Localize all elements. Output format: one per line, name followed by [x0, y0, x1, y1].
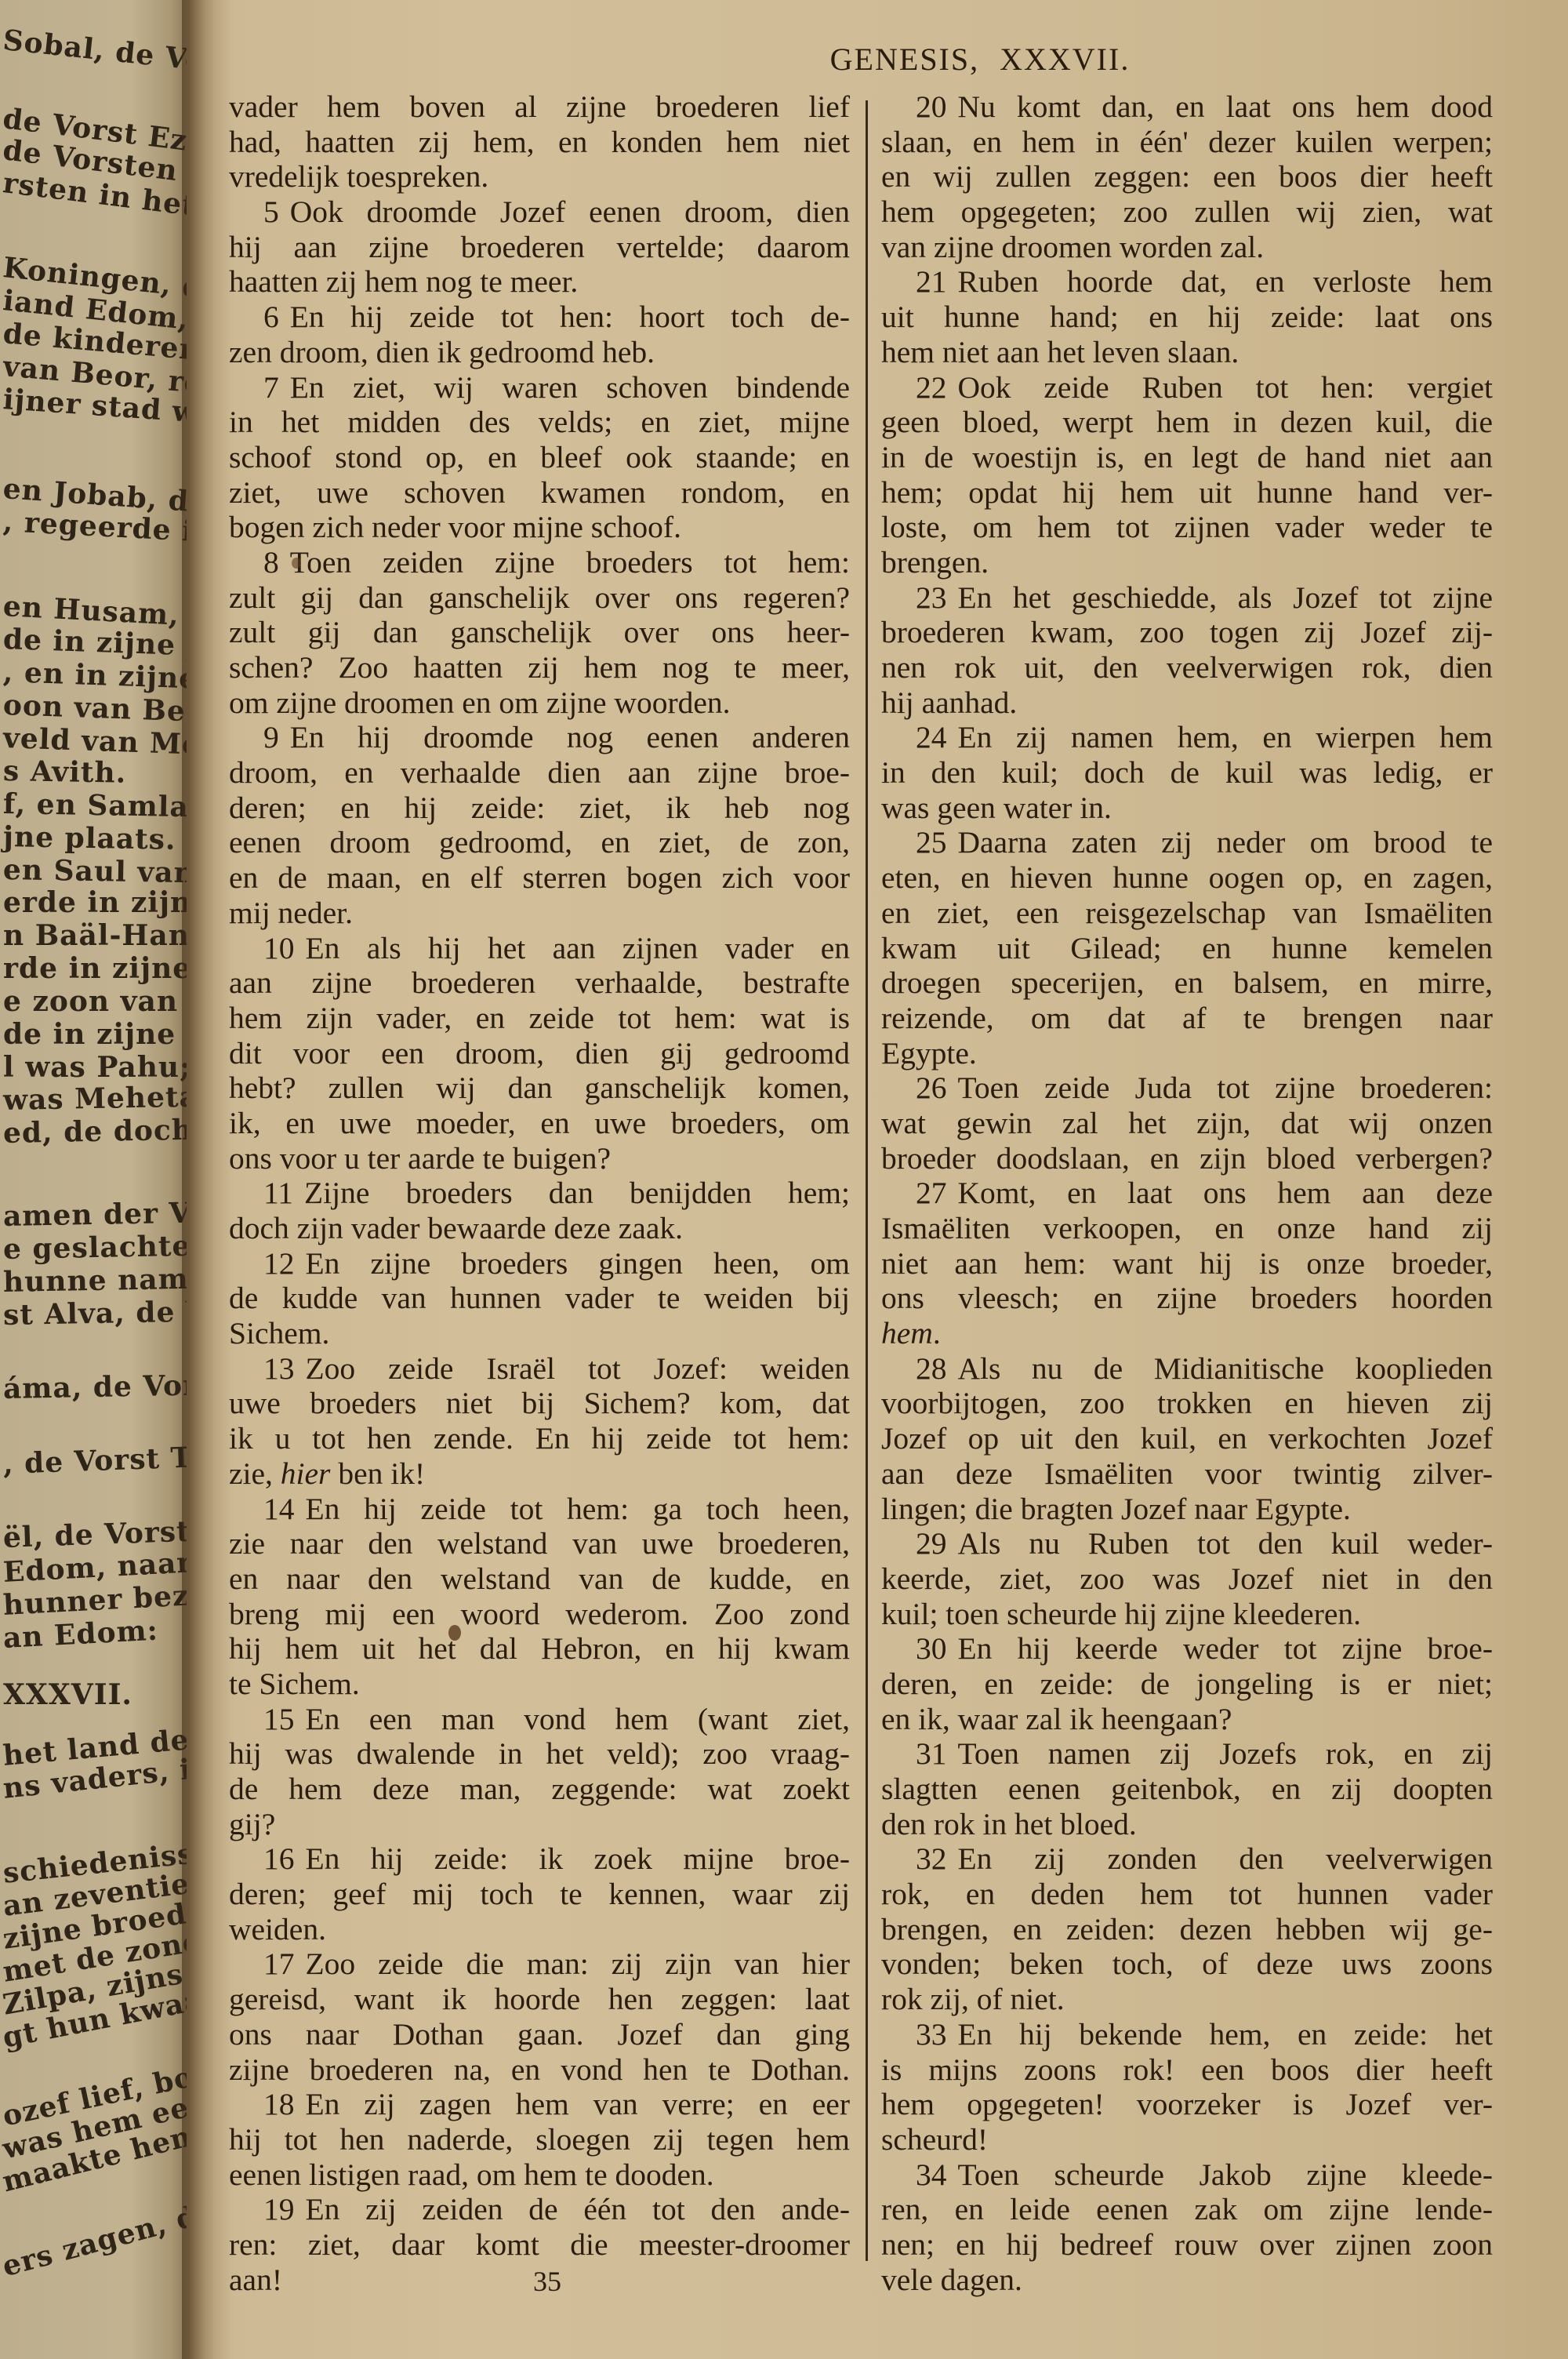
verse-number: 18	[263, 2087, 295, 2121]
line-text: scheurd!	[881, 2122, 988, 2157]
line-text: vredelijk toespreken.	[229, 159, 488, 194]
verse-start-line: 17Zoo zeide die man: zij zijn van hier	[229, 1946, 850, 1982]
line-text: Sichem.	[229, 1316, 329, 1350]
verse-number: 30	[916, 1631, 947, 1666]
verse-number: 26	[916, 1070, 947, 1105]
verse-number: 15	[263, 1702, 295, 1736]
line-text: gij?	[229, 1807, 275, 1841]
text-line: vele dagen.	[881, 2263, 1493, 2298]
verse-number: 29	[916, 1526, 947, 1561]
text-line: uwe broeders niet bij Sichem? kom, dat	[229, 1386, 850, 1421]
text-line: scheurd!	[881, 2122, 1493, 2157]
line-text: En hij keerde weder tot zijne broe-	[958, 1631, 1494, 1666]
line-text: weiden.	[229, 1912, 326, 1946]
text-line: en naar den welstand van de kudde, en	[229, 1561, 850, 1597]
text-line: keerde, ziet, zoo was Jozef niet in den	[881, 1561, 1493, 1597]
line-text: hem opgegeten! voorzeker is Jozef ver-	[881, 2087, 1493, 2121]
text-line: dit voor een droom, dien gij gedroomd	[229, 1036, 850, 1071]
line-text: ons naar Dothan gaan. Jozef dan ging	[229, 2017, 850, 2052]
text-line: hem opgegeten! voorzeker is Jozef ver-	[881, 2087, 1493, 2122]
line-text: wat gewin zal het zijn, dat wij onzen	[881, 1106, 1493, 1140]
line-text: droom, en verhaalde dien aan zijne broe-	[229, 755, 850, 790]
verse-number: 28	[916, 1351, 947, 1386]
line-text: broederen kwam, zoo togen zij Jozef zij-	[881, 615, 1493, 649]
verse-number: 33	[916, 2017, 947, 2052]
text-line: hem opgegeten; zoo zullen wij zien, wat	[881, 194, 1493, 230]
line-text: Toen namen zij Jozefs rok, en zij	[958, 1736, 1494, 1771]
line-text: Daarna zaten zij neder om brood te	[958, 825, 1494, 860]
text-line: voorbijtogen, zoo trokken en hieven zij	[881, 1386, 1493, 1421]
verse-start-line: 14En hij zeide tot hem: ga toch heen,	[229, 1492, 850, 1527]
text-line: en wij zullen zeggen: een boos dier heef…	[881, 159, 1493, 194]
text-line: mij neder.	[229, 896, 850, 931]
verse-start-line: 26Toen zeide Juda tot zijne broederen:	[881, 1070, 1493, 1106]
verse-start-line: 15En een man vond hem (want ziet,	[229, 1702, 850, 1737]
text-line: rok zij, of niet.	[881, 1982, 1493, 2017]
line-text: zen droom, dien ik gedroomd heb.	[229, 335, 655, 369]
line-text: kwam uit Gilead; en hunne kemelen	[881, 931, 1493, 965]
line-text: Komt, en laat ons hem aan deze	[958, 1176, 1494, 1210]
left-page-line: amen der Vors	[3, 1196, 187, 1233]
text-line: Jozef op uit den kuil, en verkochten Joz…	[881, 1421, 1493, 1456]
text-line: broederen kwam, zoo togen zij Jozef zij-	[881, 615, 1493, 650]
line-text: En hij zeide tot hem: ga toch heen,	[306, 1492, 851, 1526]
line-text: brengen, en zeiden: dezen hebben wij ge-	[881, 1912, 1493, 1946]
line-text: En zij zonden den veelverwigen	[958, 1841, 1494, 1876]
verse-number: 25	[916, 825, 947, 860]
line-text-tail: ben ik!	[330, 1456, 425, 1491]
text-line: de kudde van hunnen vader te weiden bij	[229, 1281, 850, 1316]
text-line: te Sichem.	[229, 1667, 850, 1702]
line-text: hij was dwalende in het veld); zoo vraag…	[229, 1736, 850, 1771]
line-text: te Sichem.	[229, 1667, 360, 1701]
verse-number: 32	[916, 1841, 947, 1876]
verse-number: 8	[263, 545, 279, 580]
line-text: hem opgegeten; zoo zullen wij zien, wat	[881, 194, 1493, 229]
left-page-line: l was Pahu; en	[3, 1051, 187, 1084]
text-line: reizende, om dat af te brengen naar	[881, 1001, 1493, 1036]
italic-supplied-word: hem	[881, 1316, 933, 1350]
line-text: Als nu Ruben tot den kuil weder-	[958, 1526, 1494, 1561]
line-text: en de maan, en elf sterren bogen zich vo…	[229, 860, 850, 895]
text-line: droom, en verhaalde dien aan zijne broe-	[229, 755, 850, 791]
verse-number: 22	[916, 370, 947, 405]
line-text: niet aan hem: want hij is onze broeder,	[881, 1246, 1493, 1281]
text-line: in den kuil; doch de kuil was ledig, er	[881, 755, 1493, 791]
left-page-line: st Alva, de Vo	[3, 1295, 187, 1332]
text-line: hij aanhad.	[881, 685, 1493, 721]
line-text: Egypte.	[881, 1036, 977, 1070]
text-line: hem.	[881, 1316, 1493, 1351]
line-text: lingen; die bragten Jozef naar Egypte.	[881, 1492, 1351, 1526]
text-line: broeder doodslaan, en zijn bloed verberg…	[881, 1141, 1493, 1176]
text-line: eenen listigen raad, om hem te dooden.	[229, 2157, 850, 2193]
verse-number: 13	[263, 1351, 295, 1386]
line-text: En hij zeide tot hen: hoort toch de-	[290, 300, 850, 334]
verse-number: 21	[916, 264, 947, 299]
verse-start-line: 16En hij zeide: ik zoek mijne broe-	[229, 1841, 850, 1877]
verse-number: 23	[916, 580, 947, 615]
text-line: en ziet, een reisgezelschap van Ismaëlit…	[881, 896, 1493, 931]
text-line: zie, hier ben ik!	[229, 1456, 850, 1492]
left-page-line: e zoon van Achb	[3, 985, 187, 1018]
text-line: ons voor u ter aarde te buigen?	[229, 1141, 850, 1176]
verse-number: 19	[263, 2192, 295, 2226]
italic-supplied-word: hier	[281, 1456, 331, 1491]
line-text: haatten zij hem nog te meer.	[229, 264, 578, 299]
verse-start-line: 23En het geschiedde, als Jozef tot zijne	[881, 580, 1493, 616]
text-column-left: vader hem boven al zijne broederen liefh…	[229, 89, 850, 2297]
text-line: schoof stond op, en bleef ook staande; e…	[229, 440, 850, 475]
text-line: hij hem uit het dal Hebron, en hij kwam	[229, 1631, 850, 1667]
text-line: zult gij dan ganschelijk over ons heer-	[229, 615, 850, 650]
left-page-line: ed, de dochter v	[3, 1112, 187, 1150]
text-line: en de maan, en elf sterren bogen zich vo…	[229, 860, 850, 896]
text-line: nen rok uit, den veelverwigen rok, dien	[881, 650, 1493, 685]
text-line: van zijne droomen worden zal.	[881, 230, 1493, 265]
line-text: reizende, om dat af te brengen naar	[881, 1001, 1493, 1035]
line-text: breng mij een woord wederom. Zoo zond	[229, 1597, 850, 1631]
verse-start-line: 21Ruben hoorde dat, en verloste hem	[881, 264, 1493, 300]
verse-number: 5	[263, 194, 279, 229]
text-line: is mijns zoons rok! een boos dier heeft	[881, 2052, 1493, 2088]
left-page-line: e geslachten, na	[3, 1228, 187, 1266]
line-text: in de woestijn is, en legt de hand niet …	[881, 440, 1493, 474]
line-text: hij hem uit het dal Hebron, en hij kwam	[229, 1631, 850, 1666]
text-line: zijne broederen na, en vond hen te Dotha…	[229, 2052, 850, 2088]
text-line: ik u tot hen zende. En hij zeide tot hem…	[229, 1421, 850, 1456]
text-line: en ik, waar zal ik heengaan?	[881, 1702, 1493, 1737]
line-text: hem zijn vader, en zeide tot hem: wat is	[229, 1001, 850, 1035]
line-text: kuil; toen scheurde hij zijne kleederen.	[881, 1597, 1361, 1631]
text-line: Ismaëliten verkoopen, en onze hand zij	[881, 1211, 1493, 1246]
text-line: gij?	[229, 1807, 850, 1842]
verse-start-line: 22Ook zeide Ruben tot hen: vergiet	[881, 370, 1493, 405]
left-page-line: rde in zijne pla	[3, 952, 187, 985]
text-line: eenen droom gedroomd, en ziet, de zon,	[229, 825, 850, 860]
text-line: nen; en hij bedreef rouw over zijnen zoo…	[881, 2227, 1493, 2263]
text-line: hebt? zullen wij dan ganschelijk komen,	[229, 1070, 850, 1106]
line-text: gereisd, want ik hoorde hen zeggen: laat	[229, 1982, 850, 2016]
line-text: en ziet, een reisgezelschap van Ismaëlit…	[881, 896, 1493, 930]
line-text: is mijns zoons rok! een boos dier heeft	[881, 2052, 1493, 2087]
text-column-right: 20Nu komt dan, en laat ons hem doodslaan…	[881, 89, 1493, 2297]
text-line: vonden; beken toch, of deze uws zoons	[881, 1946, 1493, 1982]
line-text: Jozef op uit den kuil, en verkochten Joz…	[881, 1421, 1493, 1456]
text-line: hem; opdat hij hem uit hunne hand ver-	[881, 475, 1493, 511]
left-page-line: , de Vorst Tema	[2, 1439, 187, 1481]
line-text: mij neder.	[229, 896, 353, 930]
line-text: zult gij dan ganschelijk over ons regere…	[229, 580, 850, 615]
line-text: Toen zeide Juda tot zijne broederen:	[958, 1070, 1494, 1105]
text-line: gereisd, want ik hoorde hen zeggen: laat	[229, 1982, 850, 2017]
text-line: schen? Zoo haatten zij hem nog te meer,	[229, 650, 850, 685]
verse-start-line: 31Toen namen zij Jozefs rok, en zij	[881, 1736, 1493, 1772]
text-line: brengen.	[881, 545, 1493, 580]
line-text: om zijne droomen en om zijne woorden.	[229, 685, 731, 720]
line-text: En hij bekende hem, en zeide: het	[958, 2017, 1494, 2052]
verse-number: 10	[263, 931, 295, 965]
line-text: hem niet aan het leven slaan.	[881, 335, 1239, 369]
line-text: in den kuil; doch de kuil was ledig, er	[881, 755, 1493, 790]
verse-number: 6	[263, 300, 279, 334]
verse-start-line: 20Nu komt dan, en laat ons hem dood	[881, 89, 1493, 125]
verse-start-line: 32En zij zonden den veelverwigen	[881, 1841, 1493, 1877]
line-text: Zoo zeide die man: zij zijn van hier	[306, 1946, 851, 1981]
text-line: deren; geef mij toch te kennen, waar zij	[229, 1877, 850, 1912]
text-line: lingen; die bragten Jozef naar Egypte.	[881, 1492, 1493, 1527]
line-text: ren, en leide eenen zak om zijne lende-	[881, 2192, 1493, 2226]
line-text: schoof stond op, en bleef ook staande; e…	[229, 440, 850, 474]
page-number: 35	[533, 2265, 561, 2298]
verse-start-line: 25Daarna zaten zij neder om brood te	[881, 825, 1493, 860]
text-line: vredelijk toespreken.	[229, 159, 850, 194]
text-line: breng mij een woord wederom. Zoo zond	[229, 1597, 850, 1632]
left-page-line: ers zagen, dat h	[0, 2183, 187, 2283]
line-text: nen; en hij bedreef rouw over zijnen zoo…	[881, 2227, 1493, 2262]
line-text: ziet, uwe schoven kwamen rondom, en	[229, 475, 850, 510]
verse-start-line: 10En als hij het aan zijnen vader en	[229, 931, 850, 966]
line-text: de kudde van hunnen vader te weiden bij	[229, 1281, 850, 1315]
line-text: En als hij het aan zijnen vader en	[306, 931, 851, 965]
text-line: doch zijn vader bewaarde deze zaak.	[229, 1211, 850, 1246]
verse-number: 20	[916, 89, 947, 124]
line-text: geen bloed, werpt hem in dezen kuil, die	[881, 405, 1493, 439]
text-line: uit hunne hand; en hij zeide: laat ons	[881, 300, 1493, 335]
left-page-line: áma, de Vorst E	[3, 1368, 187, 1405]
text-line: niet aan hem: want hij is onze broeder,	[881, 1246, 1493, 1281]
text-line: droegen specerijen, en balsem, en mirre,	[881, 965, 1493, 1001]
text-line: hij tot hen naderde, sloegen zij tegen h…	[229, 2122, 850, 2157]
line-text: rok, en deden hem tot hunnen vader	[881, 1877, 1493, 1911]
line-text: hij aanhad.	[881, 685, 1017, 720]
text-line: zen droom, dien ik gedroomd heb.	[229, 335, 850, 370]
line-text: hij tot hen naderde, sloegen zij tegen h…	[229, 2122, 850, 2157]
left-page-line: hunne namen:	[3, 1262, 187, 1299]
verse-number: 12	[263, 1246, 295, 1281]
text-line: rok, en deden hem tot hunnen vader	[881, 1877, 1493, 1912]
book-spread: Sobal, de Vorst de Vorst Ezer,de Vorsten…	[0, 0, 1568, 2359]
line-text: den rok in het bloed.	[881, 1807, 1137, 1841]
text-line: om zijne droomen en om zijne woorden.	[229, 685, 850, 721]
running-head-chapter: XXXVII.	[1000, 41, 1130, 78]
left-page-line: jne plaats.	[3, 820, 176, 856]
line-text: Toen scheurde Jakob zijne kleede-	[958, 2157, 1494, 2192]
line-text: loste, om hem tot zijnen vader weder te	[881, 510, 1493, 544]
text-line: had, haatten zij hem, en konden hem niet	[229, 125, 850, 160]
line-text: doch zijn vader bewaarde deze zaak.	[229, 1211, 683, 1245]
line-text: ren: ziet, daar komt die meester-droomer	[229, 2227, 850, 2262]
verse-number: 14	[263, 1492, 295, 1526]
left-page-line: XXXVII.	[3, 1678, 132, 1711]
ink-stain	[292, 558, 301, 569]
text-line: Sichem.	[229, 1316, 850, 1351]
text-line: den rok in het bloed.	[881, 1807, 1493, 1842]
line-text: uwe broeders niet bij Sichem? kom, dat	[229, 1386, 850, 1420]
line-text: in het midden des velds; en ziet, mijne	[229, 405, 850, 439]
text-line: ons vleesch; en zijne broeders hoorden	[881, 1281, 1493, 1316]
column-divider	[866, 100, 868, 2261]
text-line: deren; en hij zeide: ziet, ik heb nog	[229, 791, 850, 826]
line-text: Als nu de Midianitische kooplieden	[958, 1351, 1494, 1386]
verse-start-line: 29Als nu Ruben tot den kuil weder-	[881, 1526, 1493, 1561]
ink-stain	[448, 1625, 461, 1641]
line-text: zult gij dan ganschelijk over ons heer-	[229, 615, 850, 649]
line-text: vader hem boven al zijne broederen lief	[229, 89, 850, 124]
text-line: geen bloed, werpt hem in dezen kuil, die	[881, 405, 1493, 440]
text-line: deren, en zeide: de jongeling is er niet…	[881, 1667, 1493, 1702]
line-text: was geen water in.	[881, 791, 1112, 825]
line-text: deren, en zeide: de jongeling is er niet…	[881, 1667, 1493, 1701]
line-text: voorbijtogen, zoo trokken en hieven zij	[881, 1386, 1493, 1420]
text-line: hem zijn vader, en zeide tot hem: wat is	[229, 1001, 850, 1036]
line-text: brengen.	[881, 545, 989, 580]
verse-start-line: 8Toen zeiden zijne broeders tot hem:	[229, 545, 850, 580]
text-line: was geen water in.	[881, 791, 1493, 826]
line-text: slaan, en hem in één' dezer kuilen werpe…	[881, 125, 1493, 159]
line-text: deren; en hij zeide: ziet, ik heb nog	[229, 791, 850, 825]
line-text: eenen listigen raad, om hem te dooden.	[229, 2157, 714, 2192]
line-text: en naar den welstand van de kudde, en	[229, 1561, 850, 1596]
line-text: Ruben hoorde dat, en verloste hem	[958, 264, 1494, 299]
verse-start-line: 11Zijne broeders dan benijdden hem;	[229, 1176, 850, 1211]
line-text: ons voor u ter aarde te buigen?	[229, 1141, 611, 1176]
line-text: En zij namen hem, en wierpen hem	[958, 720, 1494, 754]
verse-start-line: 13Zoo zeide Israël tot Jozef: weiden	[229, 1351, 850, 1387]
line-text: nen rok uit, den veelverwigen rok, dien	[881, 650, 1493, 685]
text-line: slagtten eenen geitenbok, en zij doopten	[881, 1772, 1493, 1807]
line-text: eenen droom gedroomd, en ziet, de zon,	[229, 825, 850, 860]
line-text: ik, en uwe moeder, en uwe broeders, om	[229, 1106, 850, 1140]
line-text: eten, en hieven hunne oogen op, en zagen…	[881, 860, 1493, 895]
verse-start-line: 9En hij droomde nog eenen anderen	[229, 720, 850, 755]
line-text: Ook zeide Ruben tot hen: vergiet	[958, 370, 1494, 405]
text-line: ons naar Dothan gaan. Jozef dan ging	[229, 2017, 850, 2052]
text-line: kwam uit Gilead; en hunne kemelen	[881, 931, 1493, 966]
line-text: zijne broederen na, en vond hen te Dotha…	[229, 2052, 850, 2087]
verse-number: 27	[916, 1176, 947, 1210]
verse-start-line: 7En ziet, wij waren schoven bindende	[229, 370, 850, 405]
text-line: ik, en uwe moeder, en uwe broeders, om	[229, 1106, 850, 1141]
line-text: zie,	[229, 1456, 281, 1491]
line-text: uit hunne hand; en hij zeide: laat ons	[881, 300, 1493, 334]
verse-start-line: 6En hij zeide tot hen: hoort toch de-	[229, 300, 850, 335]
line-text: Toen zeiden zijne broeders tot hem:	[290, 545, 850, 580]
verse-start-line: 33En hij bekende hem, en zeide: het	[881, 2017, 1493, 2052]
line-text: en wij zullen zeggen: een boos dier heef…	[881, 159, 1493, 194]
left-page-line: f, en Samla,	[3, 787, 187, 823]
left-page-line: de in zijne plaa	[3, 1018, 187, 1051]
running-head-book: GENESIS,	[830, 41, 979, 78]
line-text: rok zij, of niet.	[881, 1982, 1065, 2016]
line-text: En het geschiedde, als Jozef tot zijne	[958, 580, 1494, 615]
text-line: wat gewin zal het zijn, dat wij onzen	[881, 1106, 1493, 1141]
verse-number: 17	[263, 1946, 295, 1981]
left-page-line: s Avith.	[3, 754, 127, 790]
line-text: de hem deze man, zeggende: wat zoekt	[229, 1772, 850, 1806]
text-line: zult gij dan ganschelijk over ons regere…	[229, 580, 850, 616]
text-line: ren, en leide eenen zak om zijne lende-	[881, 2192, 1493, 2227]
verse-start-line: 5Ook droomde Jozef eenen droom, dien	[229, 194, 850, 230]
text-line: ren: ziet, daar komt die meester-droomer	[229, 2227, 850, 2263]
line-text: aan!	[229, 2263, 282, 2297]
verse-number: 34	[916, 2157, 947, 2192]
line-text: droegen specerijen, en balsem, en mirre,	[881, 965, 1493, 1000]
left-page-line: was Mehetabe	[3, 1080, 187, 1117]
line-text: Ismaëliten verkoopen, en onze hand zij	[881, 1211, 1493, 1245]
line-text: hij aan zijne broederen vertelde; daarom	[229, 230, 850, 264]
line-text: En zij zagen hem van verre; en eer	[306, 2087, 851, 2121]
line-text: En een man vond hem (want ziet,	[306, 1702, 851, 1736]
verse-number: 24	[916, 720, 947, 754]
line-text: Zoo zeide Israël tot Jozef: weiden	[306, 1351, 851, 1386]
line-text: En zijne broeders gingen heen, om	[306, 1246, 851, 1281]
text-line: brengen, en zeiden: dezen hebben wij ge-	[881, 1912, 1493, 1947]
text-line: de hem deze man, zeggende: wat zoekt	[229, 1772, 850, 1807]
verse-start-line: 30En hij keerde weder tot zijne broe-	[881, 1631, 1493, 1667]
left-page-fragment: Sobal, de Vorst de Vorst Ezer,de Vorsten…	[0, 0, 187, 2359]
line-text: Zijne broeders dan benijdden hem;	[304, 1176, 850, 1210]
text-line: weiden.	[229, 1912, 850, 1947]
line-text: keerde, ziet, zoo was Jozef niet in den	[881, 1561, 1493, 1596]
text-line: haatten zij hem nog te meer.	[229, 264, 850, 300]
line-text: had, haatten zij hem, en konden hem niet	[229, 125, 850, 159]
text-line: in het midden des velds; en ziet, mijne	[229, 405, 850, 440]
verse-start-line: 28Als nu de Midianitische kooplieden	[881, 1351, 1493, 1387]
line-text: zie naar den welstand van uwe broederen,	[229, 1526, 850, 1561]
line-text: hem; opdat hij hem uit hunne hand ver-	[881, 475, 1493, 510]
line-text: ik u tot hen zende. En hij zeide tot hem…	[229, 1421, 850, 1456]
line-text: En hij zeide: ik zoek mijne broe-	[306, 1841, 851, 1876]
verse-start-line: 12En zijne broeders gingen heen, om	[229, 1246, 850, 1281]
verse-number: 16	[263, 1841, 295, 1876]
left-page-line: an Edom:	[2, 1614, 159, 1655]
verse-start-line: 27Komt, en laat ons hem aan deze	[881, 1176, 1493, 1211]
line-text: deren; geef mij toch te kennen, waar zij	[229, 1877, 850, 1911]
text-line: in de woestijn is, en legt de hand niet …	[881, 440, 1493, 475]
text-line: aan deze Ismaëliten voor twintig zilver-	[881, 1456, 1493, 1492]
line-text: En zij zeiden de één tot den ande-	[306, 2192, 851, 2226]
text-line: bogen zich neder voor mijne schoof.	[229, 510, 850, 545]
line-text: ons vleesch; en zijne broeders hoorden	[881, 1281, 1493, 1315]
line-text: Nu komt dan, en laat ons hem dood	[958, 89, 1494, 124]
text-line: hem niet aan het leven slaan.	[881, 335, 1493, 370]
verse-number: 11	[263, 1176, 293, 1210]
line-text: bogen zich neder voor mijne schoof.	[229, 510, 681, 544]
left-page-line: erde in zijne pla	[3, 886, 187, 919]
verse-number: 31	[916, 1736, 947, 1771]
book-gutter-shadow	[182, 0, 229, 2359]
text-line: loste, om hem tot zijnen vader weder te	[881, 510, 1493, 545]
line-text: broeder doodslaan, en zijn bloed verberg…	[881, 1141, 1493, 1176]
text-line: kuil; toen scheurde hij zijne kleederen.	[881, 1597, 1493, 1632]
verse-number: 9	[263, 720, 279, 754]
line-text-tail: .	[933, 1316, 941, 1350]
text-line: eten, en hieven hunne oogen op, en zagen…	[881, 860, 1493, 896]
text-line: hij aan zijne broederen vertelde; daarom	[229, 230, 850, 265]
verse-start-line: 18En zij zagen hem van verre; en eer	[229, 2087, 850, 2122]
text-line: slaan, en hem in één' dezer kuilen werpe…	[881, 125, 1493, 160]
verse-start-line: 34Toen scheurde Jakob zijne kleede-	[881, 2157, 1493, 2193]
line-text: hebt? zullen wij dan ganschelijk komen,	[229, 1070, 850, 1105]
line-text: En ziet, wij waren schoven bindende	[290, 370, 850, 405]
line-text: van zijne droomen worden zal.	[881, 230, 1264, 264]
left-page-line: n Baäl-Hanan,	[3, 919, 187, 952]
line-text: dit voor een droom, dien gij gedroomd	[229, 1036, 850, 1070]
page-header: GENESIS, XXXVII.	[0, 41, 1568, 78]
line-text: en ik, waar zal ik heengaan?	[881, 1702, 1232, 1736]
text-line: vader hem boven al zijne broederen lief	[229, 89, 850, 125]
